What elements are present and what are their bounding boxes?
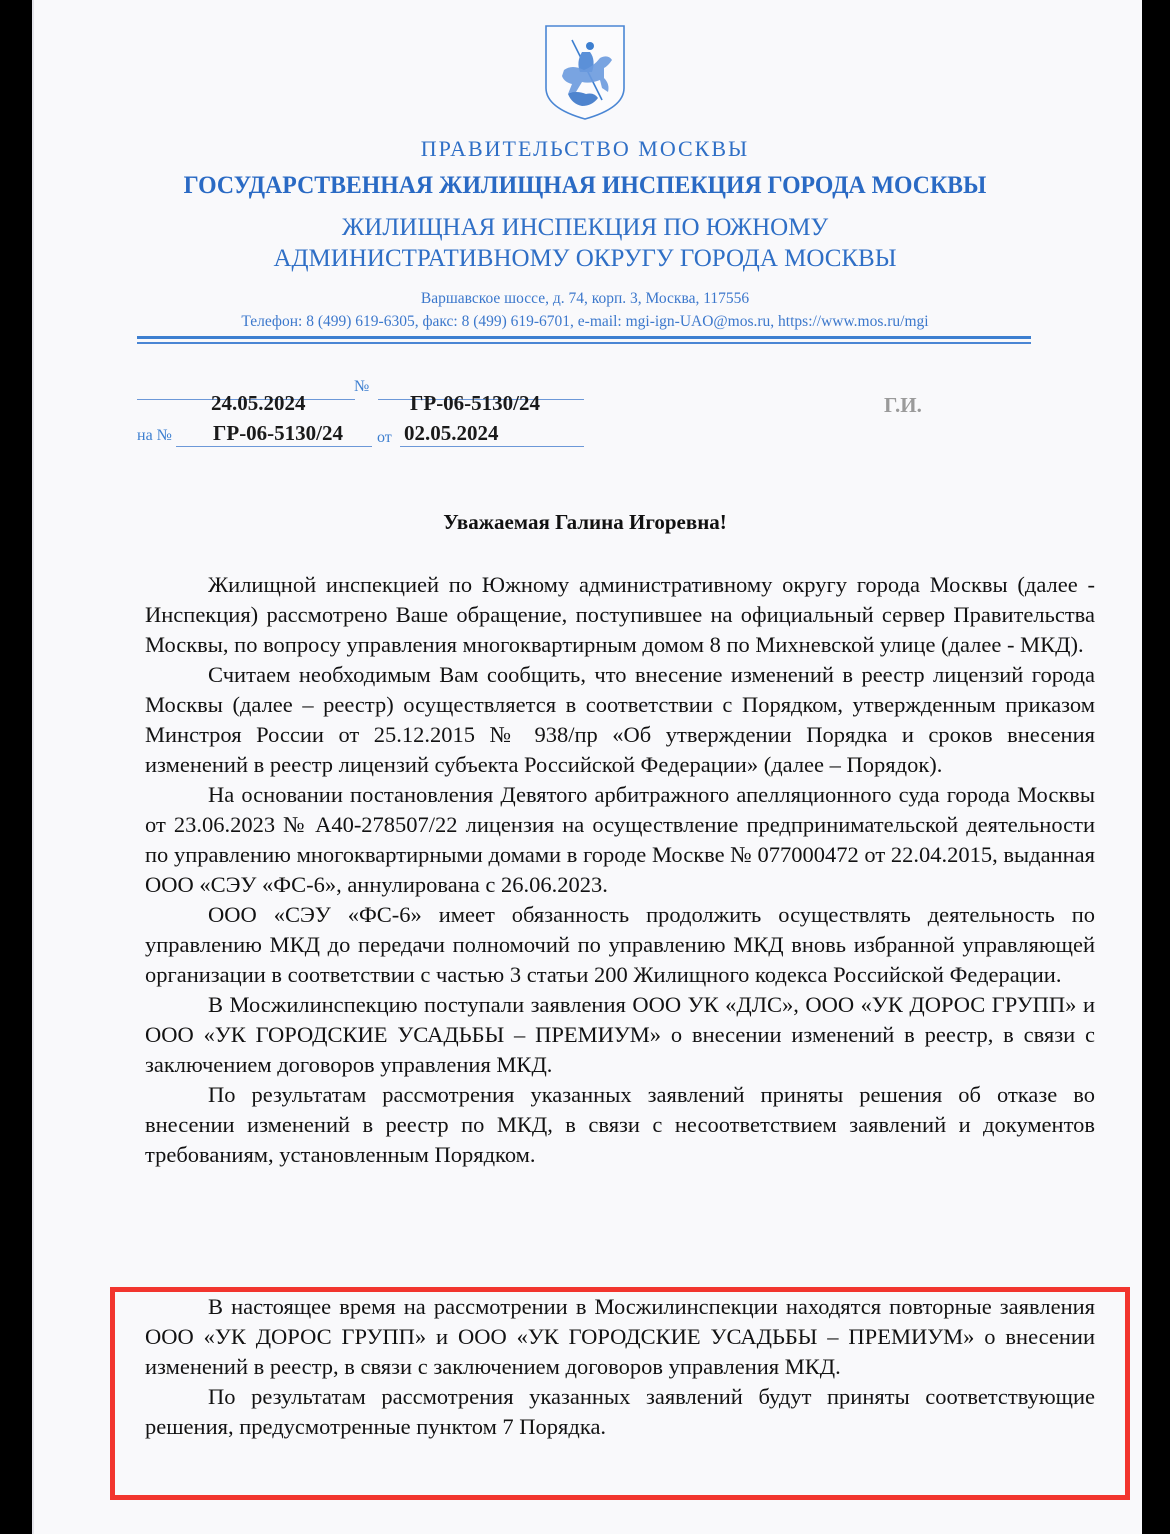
outgoing-number: ГР-06-5130/24	[410, 391, 540, 416]
paragraph: В Мосжилинспекцию поступали заявления ОО…	[145, 990, 1095, 1080]
reply-date-underline	[400, 446, 584, 447]
from-label: от	[377, 429, 392, 447]
paragraph: ООО «СЭУ «ФС-6» имеет обязанность продол…	[145, 900, 1095, 990]
agency-address: Варшавское шоссе, д. 74, корп. 3, Москва…	[0, 290, 1170, 308]
letterhead-divider-thin	[137, 342, 1031, 344]
paragraph: По результатам рассмотрения указанных за…	[145, 1080, 1095, 1170]
paragraph: Жилищной инспекцией по Южному администра…	[145, 570, 1095, 660]
outgoing-date: 24.05.2024	[211, 391, 306, 416]
division-title-line1: ЖИЛИЩНАЯ ИНСПЕКЦИЯ ПО ЮЖНОМУ	[0, 214, 1170, 242]
moscow-coat-of-arms-icon	[542, 22, 628, 122]
highlight-box	[110, 1287, 1130, 1500]
government-title: ПРАВИТЕЛЬСТВО МОСКВЫ	[0, 136, 1170, 162]
agency-contacts: Телефон: 8 (499) 619-6305, факс: 8 (499)…	[0, 313, 1170, 331]
paragraph: Считаем необходимым Вам сообщить, что вн…	[145, 660, 1095, 780]
number-label: №	[354, 378, 369, 396]
reply-to-date: 02.05.2024	[404, 421, 499, 446]
reply-number-underline	[176, 446, 372, 447]
reply-to-label: на №	[137, 427, 172, 445]
reply-to-number: ГР-06-5130/24	[213, 421, 343, 446]
division-title-line2: АДМИНИСТРАТИВНОМУ ОКРУГУ ГОРОДА МОСКВЫ	[0, 245, 1170, 273]
agency-title: ГОСУДАРСТВЕННАЯ ЖИЛИЩНАЯ ИНСПЕКЦИЯ ГОРОД…	[29, 172, 1141, 200]
letter-body: Жилищной инспекцией по Южному администра…	[145, 570, 1095, 1170]
letterhead-divider	[137, 336, 1031, 339]
addressee-initials: Г.И.	[884, 393, 922, 418]
paragraph: На основании постановления Девятого арби…	[145, 780, 1095, 900]
greeting: Уважаемая Галина Игоревна!	[0, 510, 1170, 535]
